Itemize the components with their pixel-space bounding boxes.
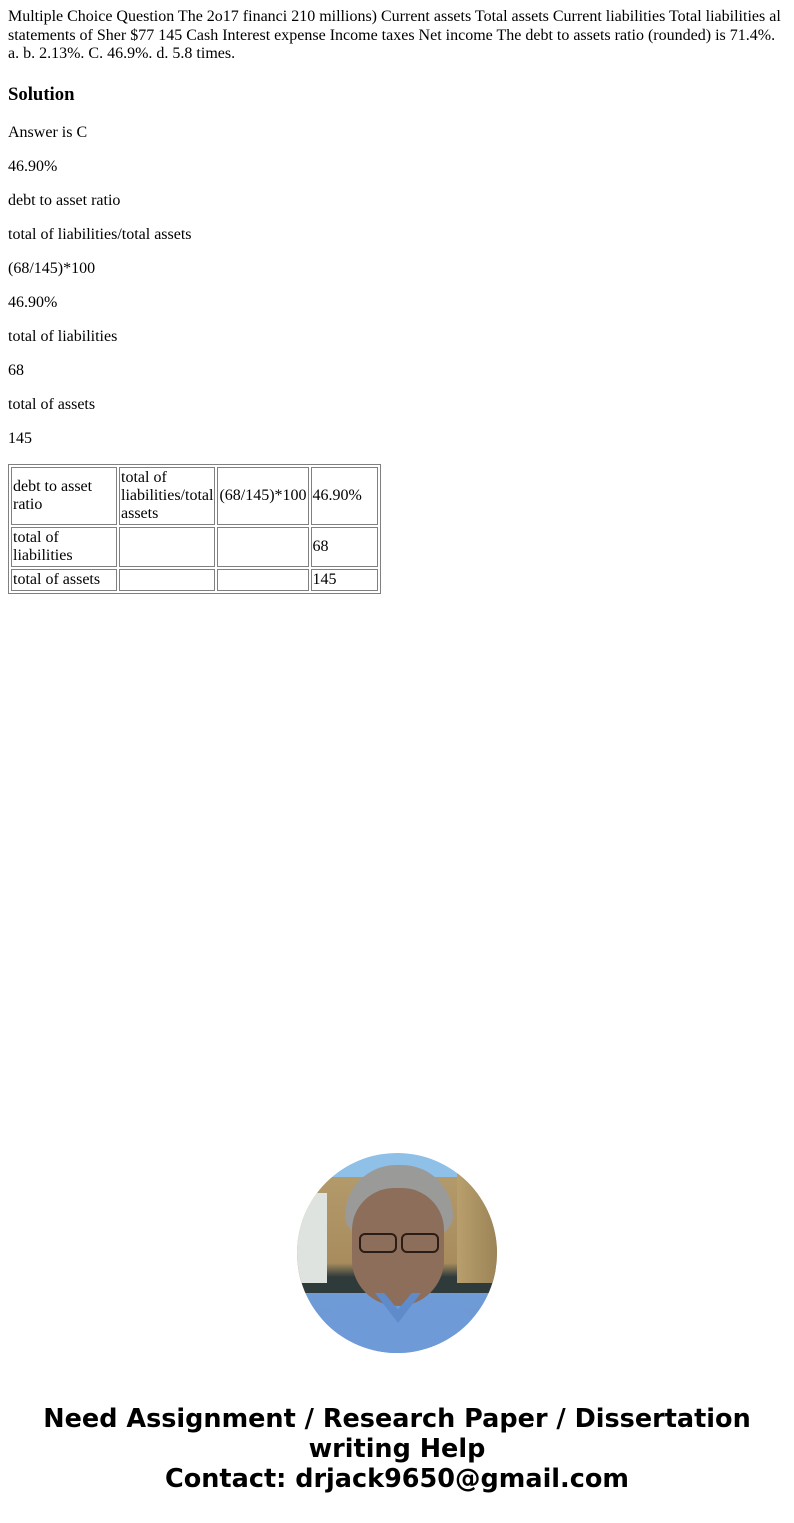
table-cell: total of liabilities/total assets	[119, 467, 215, 525]
promo-contact: Contact: drjack9650@gmail.com	[0, 1464, 794, 1494]
table-cell: 68	[311, 527, 378, 567]
avatar-background-panel	[457, 1173, 497, 1283]
solution-table: debt to asset ratio total of liabilities…	[8, 464, 381, 594]
ratio-formula: total of liabilities/total assets	[8, 226, 786, 244]
promo-line-2: writing Help	[0, 1434, 794, 1464]
table-cell: debt to asset ratio	[11, 467, 117, 525]
liabilities-label: total of liabilities	[8, 328, 786, 346]
table-cell: total of liabilities	[11, 527, 117, 567]
avatar-shirt	[307, 1298, 487, 1353]
promo-line-1: Need Assignment / Research Paper / Disse…	[0, 1404, 794, 1434]
question-text: Multiple Choice Question The 2o17 financ…	[8, 8, 786, 64]
ratio-label: debt to asset ratio	[8, 192, 786, 210]
table-row: debt to asset ratio total of liabilities…	[11, 467, 378, 525]
table-cell	[119, 527, 215, 567]
glasses-icon	[359, 1233, 439, 1251]
promo-banner: Need Assignment / Research Paper / Disse…	[0, 1404, 794, 1494]
table-cell	[119, 569, 215, 591]
table-row: total of assets 145	[11, 569, 378, 591]
page-content: Multiple Choice Question The 2o17 financ…	[0, 0, 794, 594]
table-cell	[217, 569, 308, 591]
answer-percent: 46.90%	[8, 158, 786, 176]
assets-label: total of assets	[8, 396, 786, 414]
tutor-avatar	[297, 1153, 497, 1353]
avatar-background-wall	[297, 1193, 327, 1283]
liabilities-value: 68	[8, 362, 786, 380]
assets-value: 145	[8, 430, 786, 448]
table-cell: total of assets	[11, 569, 117, 591]
solution-heading: Solution	[8, 84, 786, 106]
table-row: total of liabilities 68	[11, 527, 378, 567]
ratio-result: 46.90%	[8, 294, 786, 312]
table-cell: (68/145)*100	[217, 467, 308, 525]
table-cell: 145	[311, 569, 378, 591]
answer-line: Answer is C	[8, 124, 786, 142]
table-cell: 46.90%	[311, 467, 378, 525]
ratio-calculation: (68/145)*100	[8, 260, 786, 278]
table-cell	[217, 527, 308, 567]
